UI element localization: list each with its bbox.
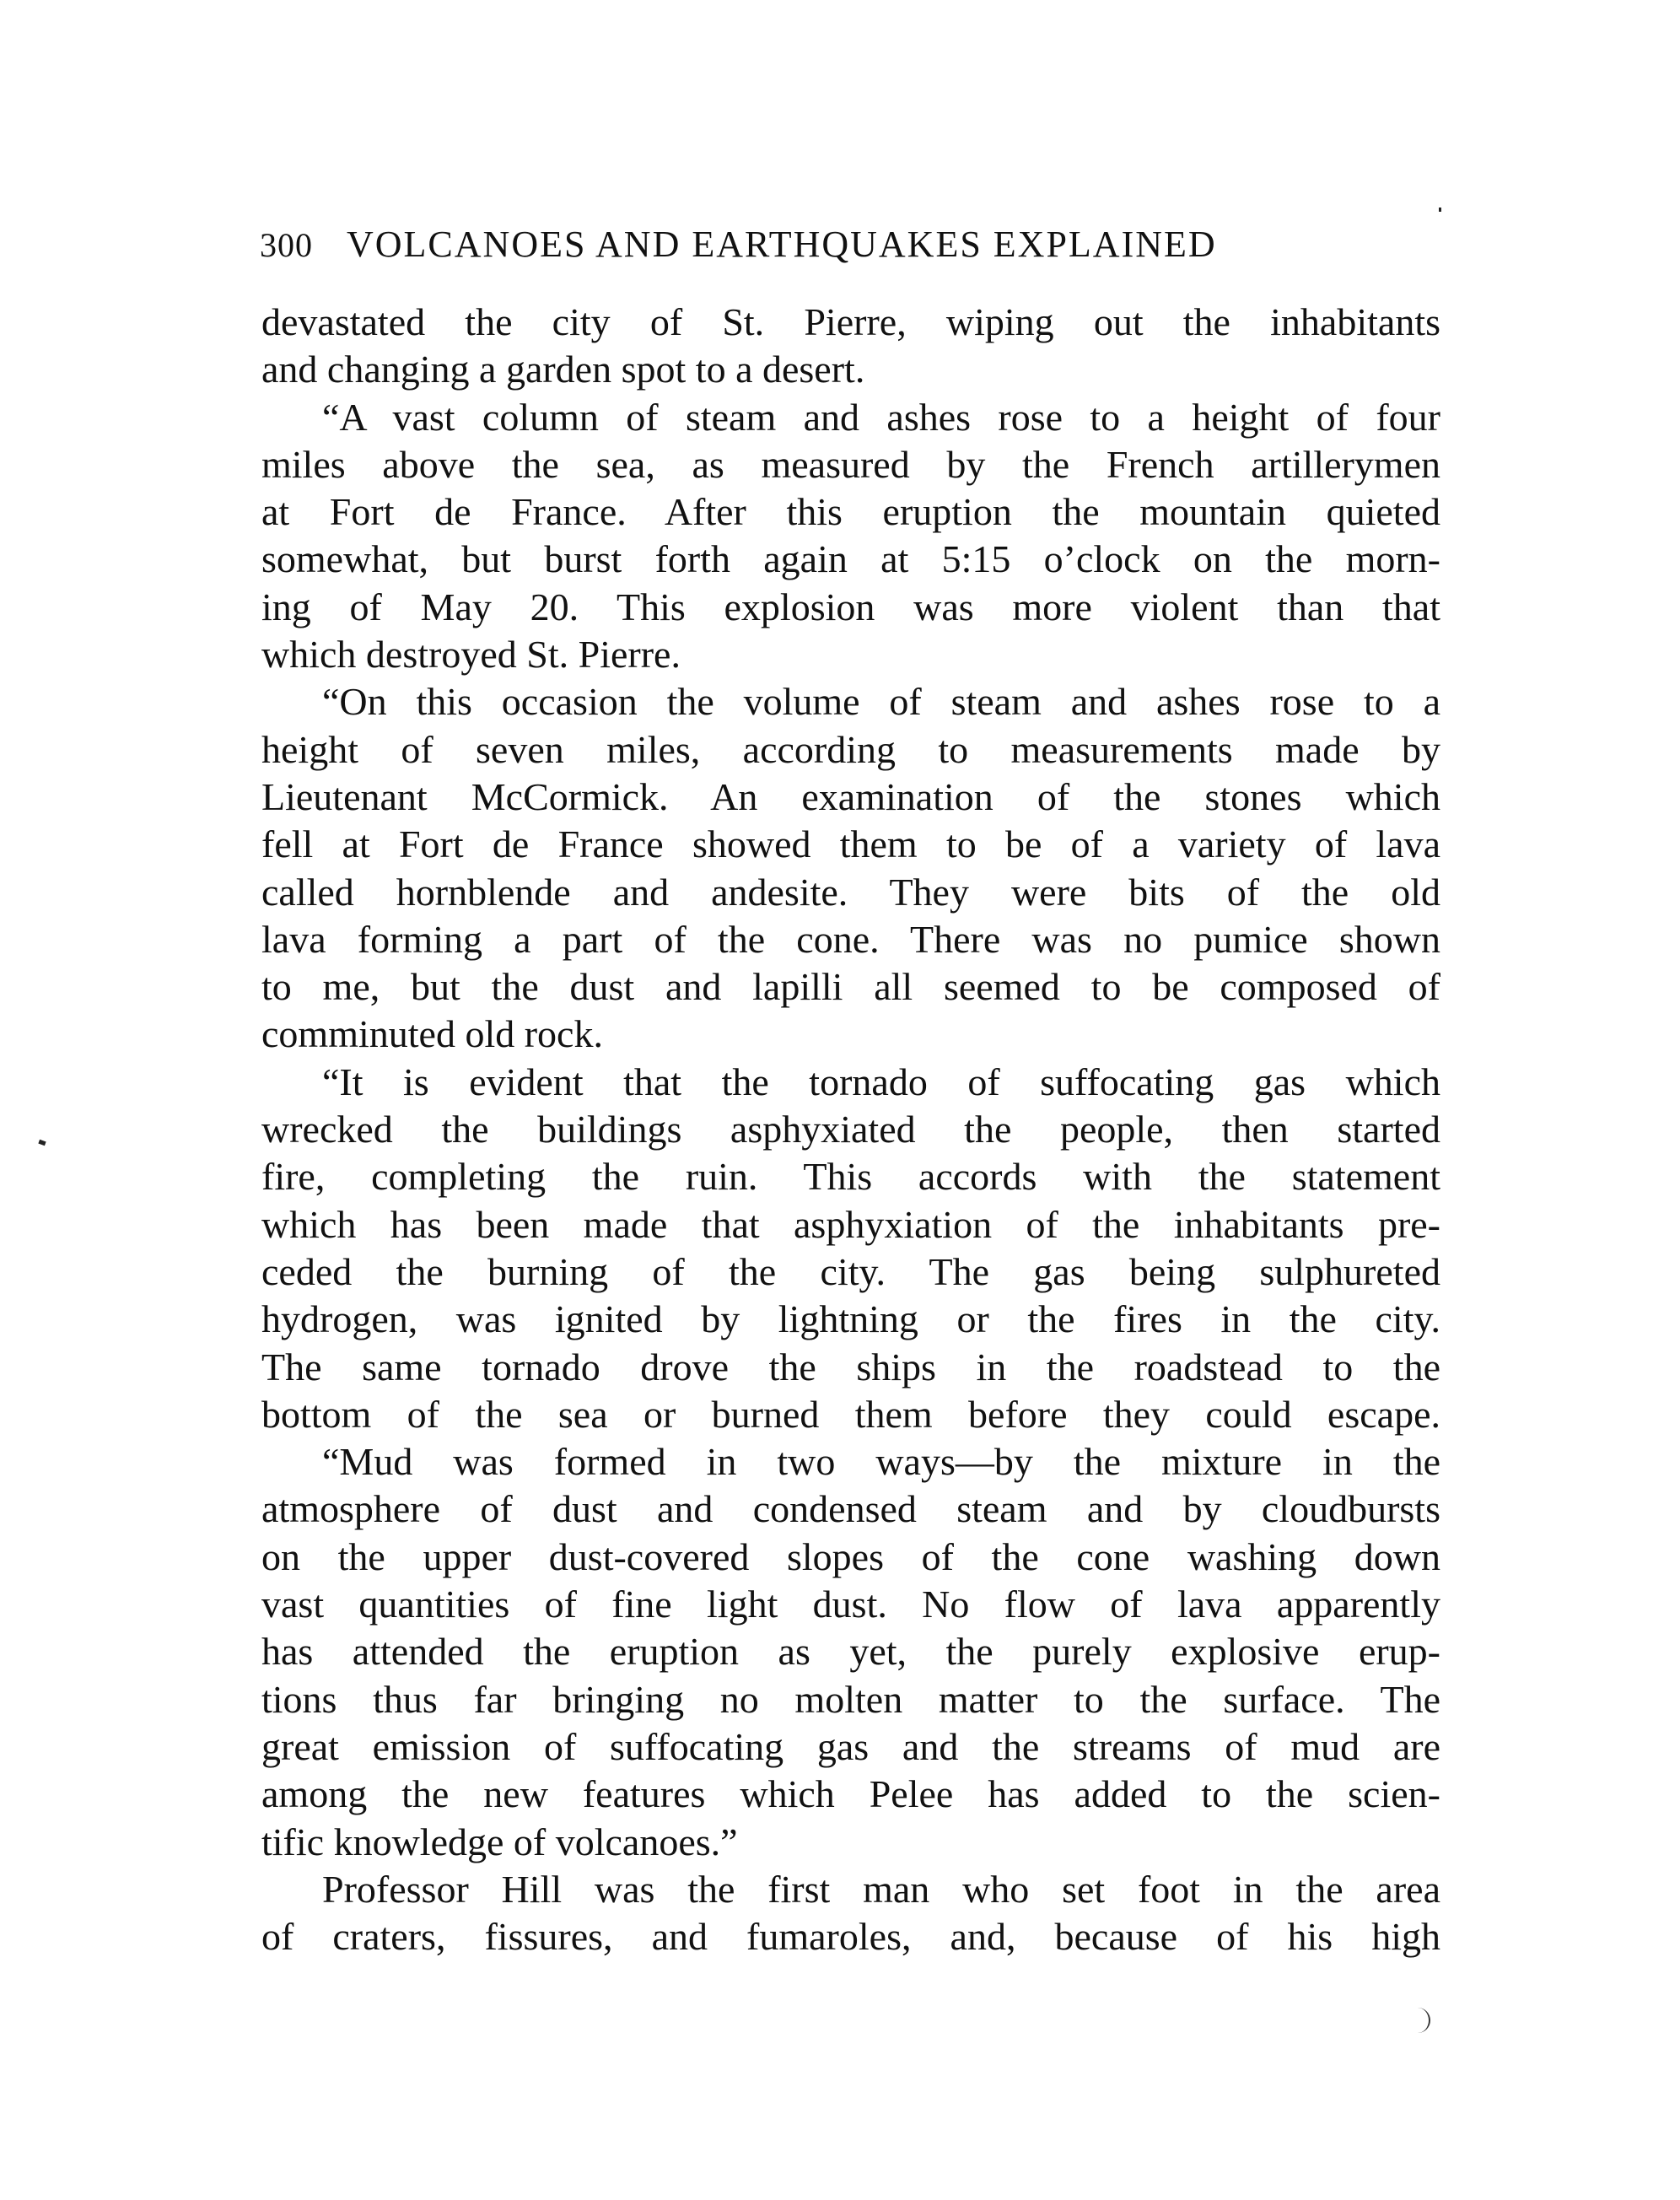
text-line: devastated the city of St. Pierre, wipin…: [261, 299, 1440, 346]
text-line: fell at Fort de France showed them to be…: [261, 821, 1440, 868]
text-line: atmosphere of dust and condensed steam a…: [261, 1486, 1440, 1533]
text-line: and changing a garden spot to a desert.: [261, 346, 1440, 393]
text-line: somewhat, but burst forth again at 5:15 …: [261, 536, 1440, 583]
scan-mark: [1417, 2008, 1430, 2033]
text-line: “Mud was formed in two ways—by the mixtu…: [261, 1438, 1440, 1486]
text-line: height of seven miles, according to meas…: [261, 726, 1440, 774]
scan-speck: [1439, 208, 1441, 212]
scan-speck: [38, 1140, 46, 1146]
text-line: on the upper dust-covered slopes of the …: [261, 1534, 1440, 1581]
text-line: has attended the eruption as yet, the pu…: [261, 1628, 1440, 1675]
running-title: VOLCANOES AND EARTHQUAKES EXPLAINED: [347, 224, 1217, 265]
paragraph: “Mud was formed in two ways—by the mixtu…: [261, 1438, 1440, 1866]
text-line: fire, completing the ruin. This accords …: [261, 1153, 1440, 1200]
text-line: hydrogen, was ignited by lightning or th…: [261, 1296, 1440, 1343]
text-line: of craters, fissures, and fumaroles, and…: [261, 1913, 1440, 1960]
text-line: which has been made that asphyxiation of…: [261, 1201, 1440, 1248]
text-line: called hornblende and andesite. They wer…: [261, 869, 1440, 916]
text-line: Lieutenant McCormick. An examination of …: [261, 774, 1440, 821]
text-line: ing of May 20. This explosion was more v…: [261, 584, 1440, 631]
text-line: “A vast column of steam and ashes rose t…: [261, 394, 1440, 441]
text-line: miles above the sea, as measured by the …: [261, 441, 1440, 488]
book-page: 300 VOLCANOES AND EARTHQUAKES EXPLAINED …: [0, 0, 1680, 2200]
text-line: great emission of suffocating gas and th…: [261, 1723, 1440, 1771]
paragraph: “A vast column of steam and ashes rose t…: [261, 394, 1440, 679]
text-line: The same tornado drove the ships in the …: [261, 1344, 1440, 1391]
text-line: bottom of the sea or burned them before …: [261, 1391, 1440, 1438]
text-line: to me, but the dust and lapilli all seem…: [261, 963, 1440, 1011]
text-line: vast quantities of fine light dust. No f…: [261, 1581, 1440, 1628]
paragraph: Professor Hill was the first man who set…: [261, 1866, 1440, 1961]
text-line: wrecked the buildings asphyxiated the pe…: [261, 1106, 1440, 1153]
body-text: devastated the city of St. Pierre, wipin…: [261, 299, 1440, 1960]
text-line: among the new features which Pelee has a…: [261, 1771, 1440, 1818]
text-line: lava forming a part of the cone. There w…: [261, 916, 1440, 963]
text-line: which destroyed St. Pierre.: [261, 631, 1440, 678]
text-line: tions thus far bringing no molten matter…: [261, 1676, 1440, 1723]
paragraph: “It is evident that the tornado of suffo…: [261, 1059, 1440, 1438]
text-line: comminuted old rock.: [261, 1011, 1440, 1058]
text-line: ceded the burning of the city. The gas b…: [261, 1248, 1440, 1296]
running-head: 300 VOLCANOES AND EARTHQUAKES EXPLAINED: [260, 221, 1440, 269]
text-line: tific knowledge of volcanoes.”: [261, 1819, 1440, 1866]
paragraph: “On this occasion the volume of steam an…: [261, 678, 1440, 1058]
text-line: at Fort de France. After this eruption t…: [261, 488, 1440, 536]
text-line: “It is evident that the tornado of suffo…: [261, 1059, 1440, 1106]
paragraph: devastated the city of St. Pierre, wipin…: [261, 299, 1440, 394]
page-number: 300: [260, 226, 313, 264]
text-line: “On this occasion the volume of steam an…: [261, 678, 1440, 725]
text-line: Professor Hill was the first man who set…: [261, 1866, 1440, 1913]
